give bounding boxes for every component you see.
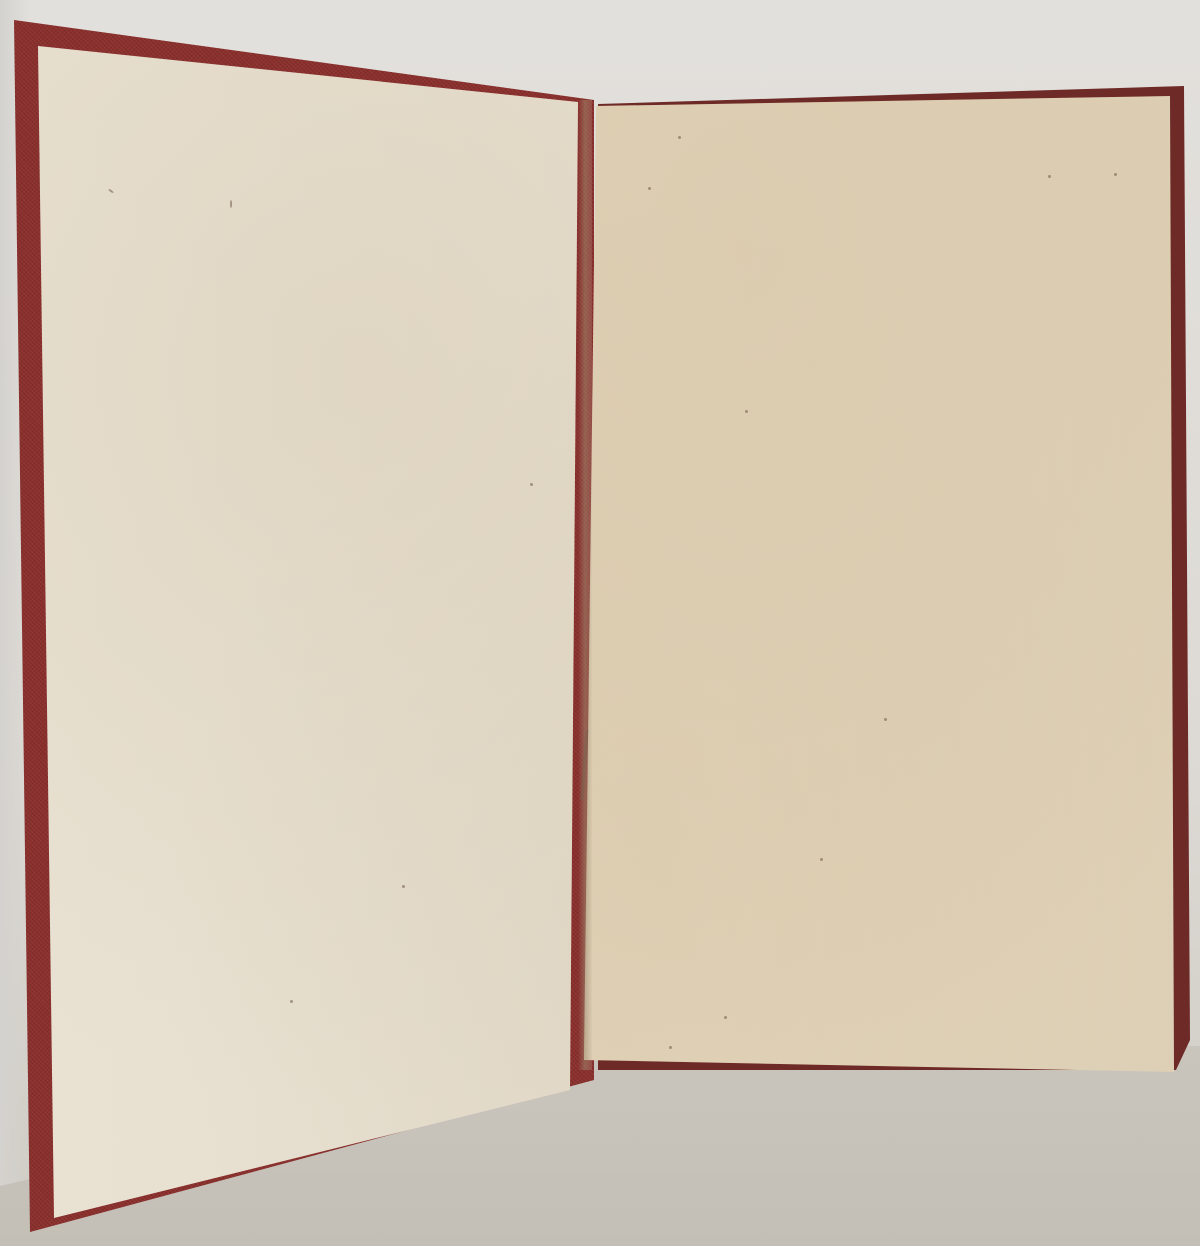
foxing-spot bbox=[669, 1046, 672, 1049]
foxing-spot bbox=[1048, 175, 1051, 178]
foxing-spot bbox=[290, 1000, 293, 1003]
book-gutter bbox=[578, 100, 592, 1070]
photo-scene bbox=[0, 0, 1200, 1246]
foxing-spot bbox=[402, 885, 405, 888]
foxing-spot bbox=[745, 410, 748, 413]
foxing-spot bbox=[884, 718, 887, 721]
foxing-spot bbox=[820, 858, 823, 861]
foxing-spot bbox=[648, 187, 651, 190]
foxing-spot bbox=[1114, 173, 1117, 176]
foxing-spot bbox=[724, 1016, 727, 1019]
foxing-spot bbox=[530, 483, 533, 486]
foxing-spot bbox=[230, 200, 232, 208]
foxing-spot bbox=[678, 136, 681, 139]
